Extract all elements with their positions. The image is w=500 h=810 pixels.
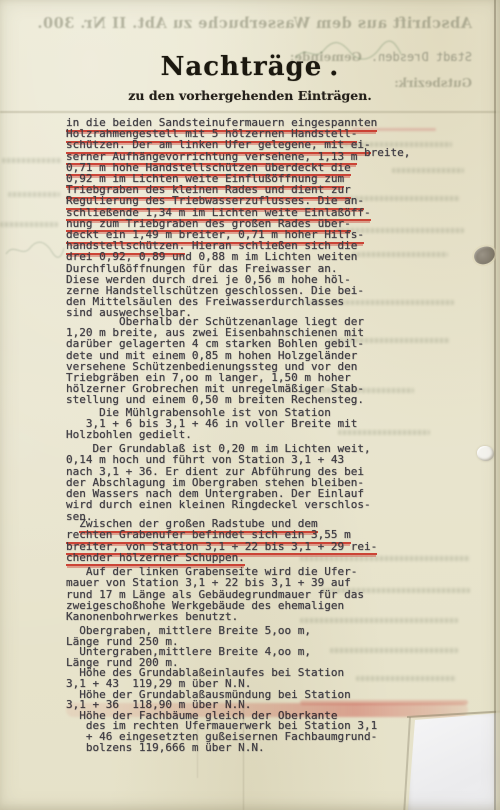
text-line: Regulierung des Triebwasserzuflusses. Di… [66, 195, 410, 206]
paragraph: Zwischen der großen Radstube und demrech… [66, 518, 377, 563]
underlying-page-corner [405, 709, 500, 810]
text-line: stellung und einem 0,50 m breiten Rechen… [66, 394, 364, 405]
paragraph: Oberhalb der Schützenanlage liegt der1,2… [66, 316, 364, 406]
pink-highlight-mark [66, 703, 468, 717]
pink-highlight-mark [300, 700, 468, 705]
crease-line [197, 728, 198, 778]
text-line: Holzbohlen gedielt. [66, 429, 357, 440]
typewriter-text: breite, [357, 146, 410, 159]
crease-line [243, 698, 244, 810]
text-line: wird durch einen kleinen Ringdeckel vers… [66, 499, 371, 510]
text-line: Kanonenbohrwerkes benutzt. [66, 611, 364, 622]
text-line: bolzens 119,666 m über N.N. [66, 743, 377, 754]
typewriter-text: stellung und einem 0,50 m breiten Rechen… [66, 393, 364, 406]
scanned-document-page: Abschrift aus dem Wasserbuche zu Abt. II… [0, 0, 500, 810]
typewriter-text: wird durch einen kleinen Ringdeckel vers… [66, 498, 371, 511]
typewriter-text: bolzens 119,666 m über N.N. [66, 741, 265, 754]
page-edge [494, 0, 496, 810]
typewriter-text: Holzbohlen gedielt. [66, 428, 192, 441]
typewriter-text: Kanonenbohrwerkes benutzt. [66, 610, 238, 623]
paragraph: Obergraben, mittlere Breite 5,oo m,Länge… [66, 626, 377, 753]
page-edge [496, 0, 500, 810]
paragraph: Der Grundablaß ist 0,20 m im Lichten wei… [66, 443, 371, 522]
paragraph: Die Mühlgrabensohle ist von Station 3,1 … [66, 407, 357, 441]
paragraph: Auf der linken Grabenseite wird die Ufer… [66, 566, 364, 622]
paragraph: in die beiden Sandsteinufermauern einges… [66, 117, 410, 319]
document-body: in die beiden Sandsteinufermauern einges… [0, 0, 500, 810]
punch-hole [477, 446, 494, 461]
text-line: rechten Grabenufer befindet sich ein 3,5… [66, 529, 377, 540]
